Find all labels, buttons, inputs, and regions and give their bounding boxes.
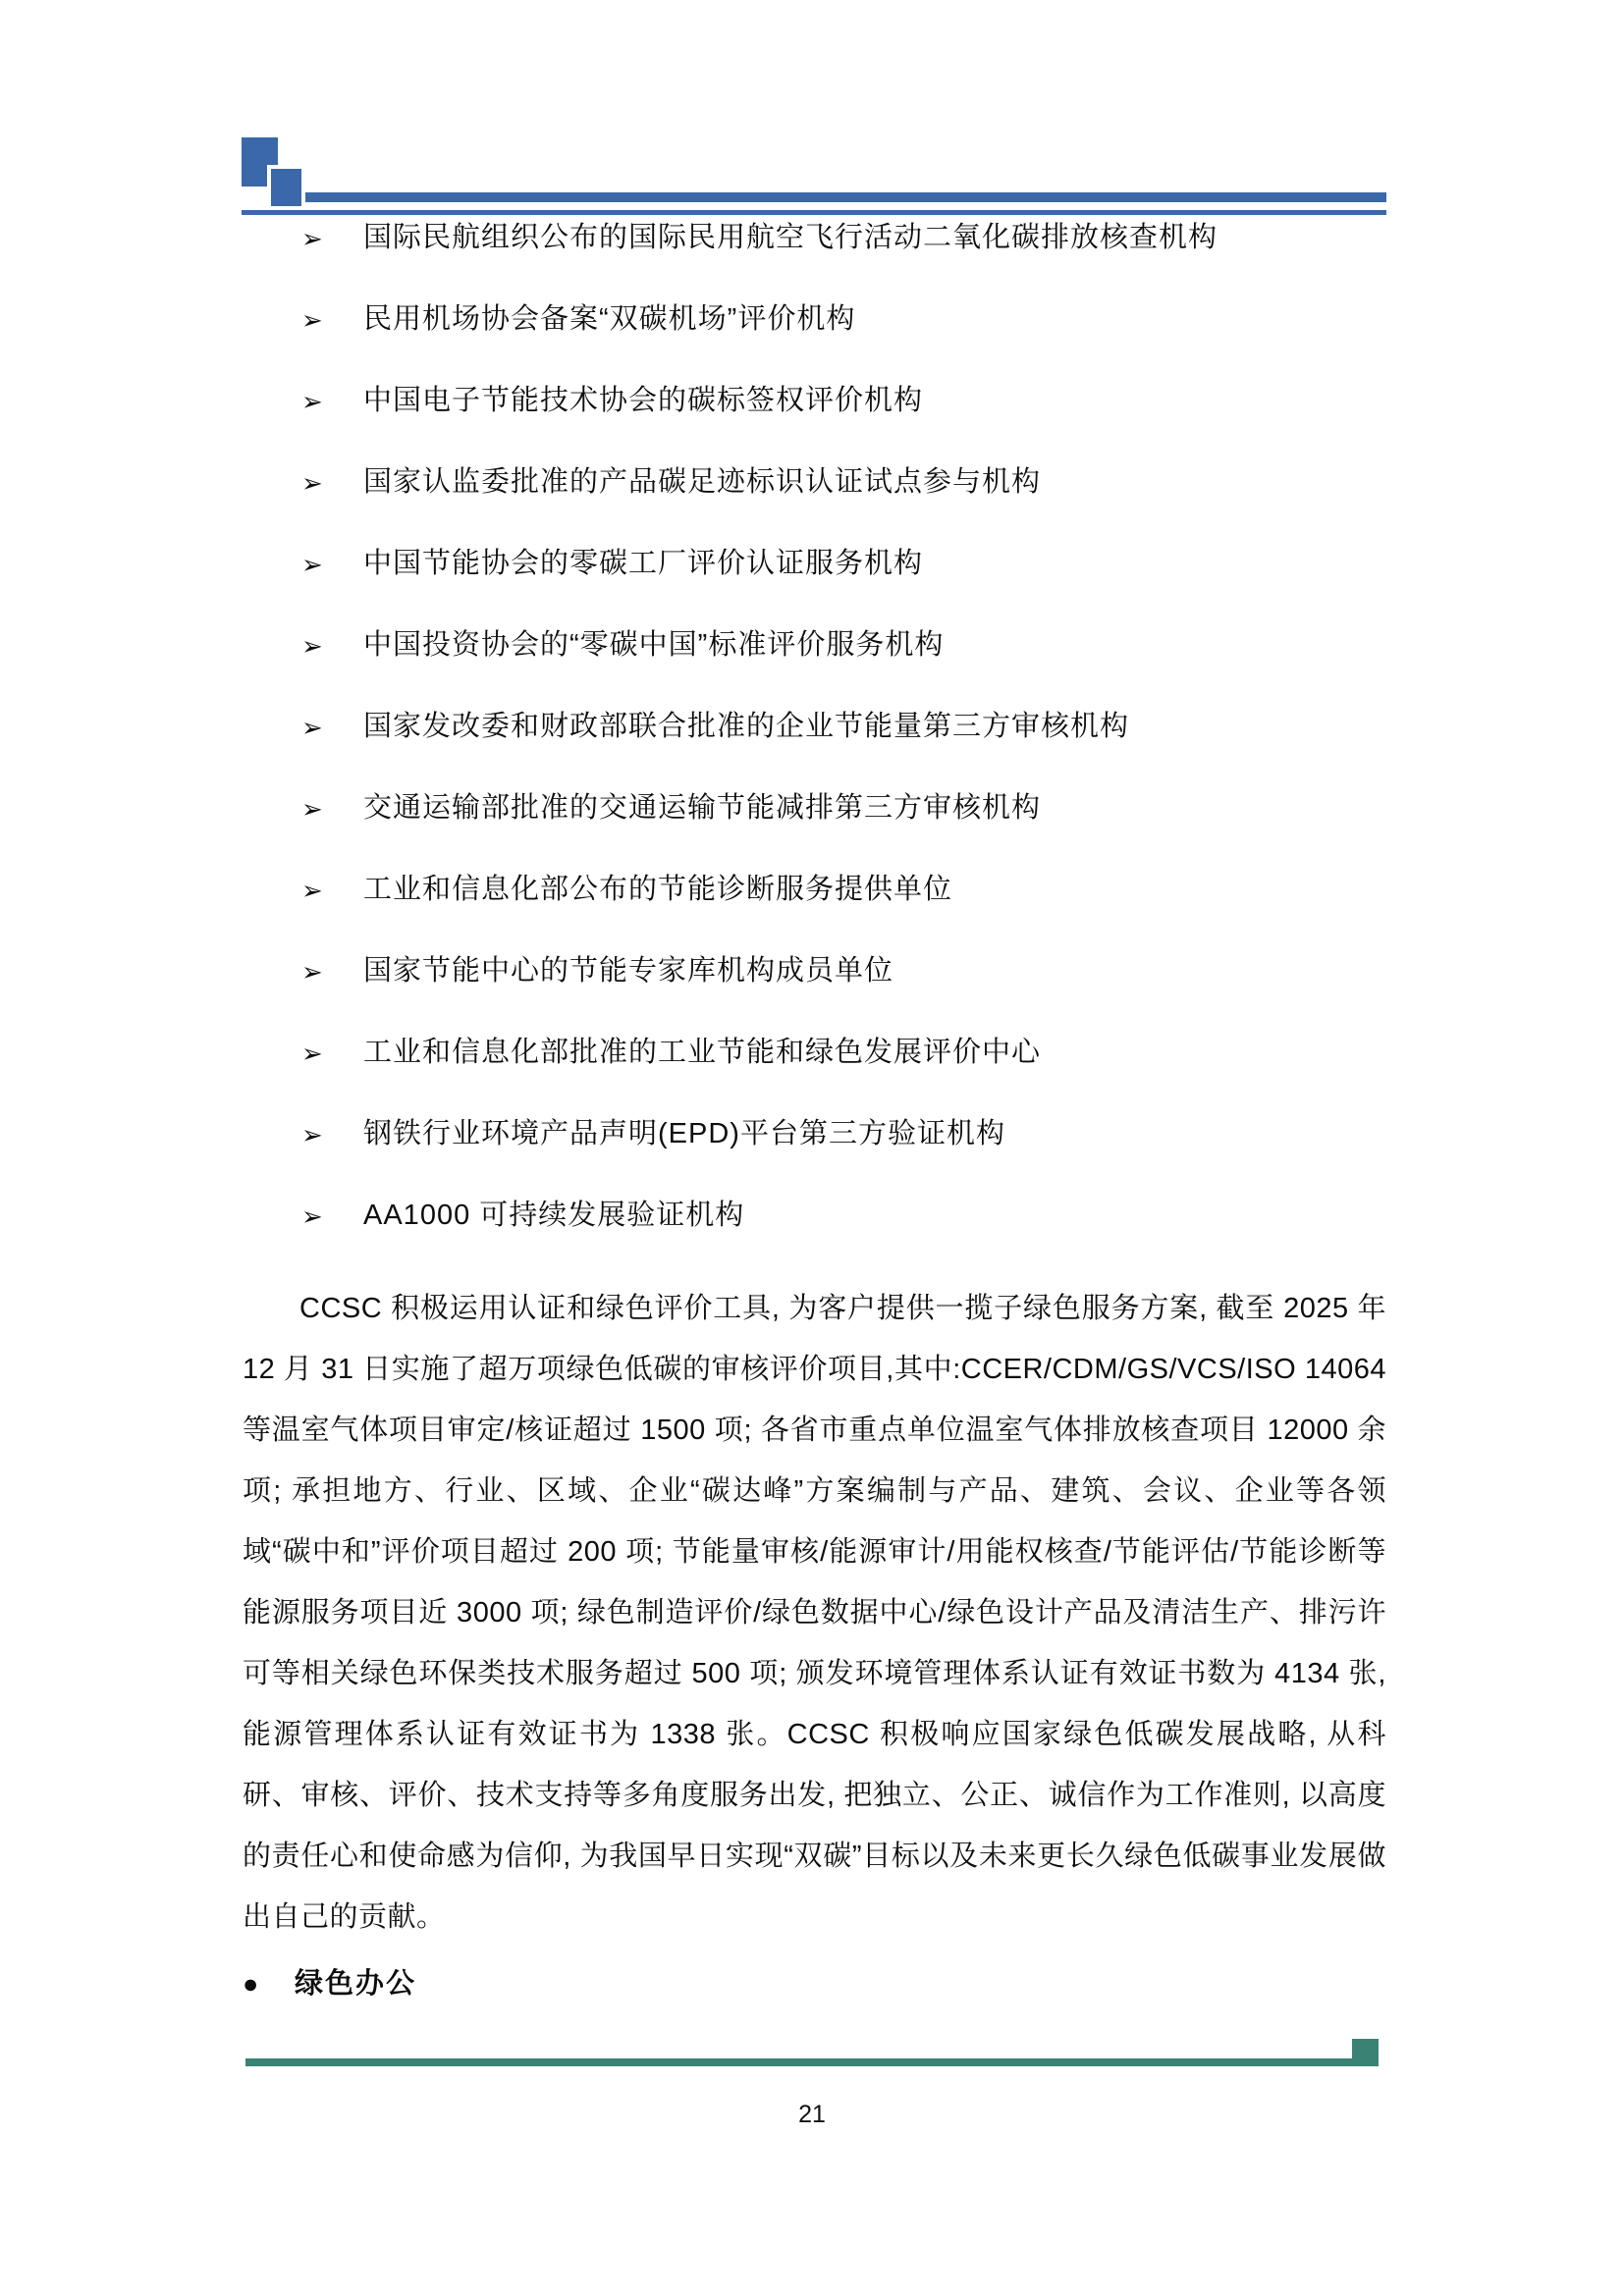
arrow-bullet-icon: ➢ <box>301 383 324 420</box>
list-item-text: 交通运输部批准的交通运输节能减排第三方审核机构 <box>363 792 1041 824</box>
header-rule-secondary <box>242 210 1386 215</box>
list-item-text: 国家发改委和财政部联合批准的企业节能量第三方审核机构 <box>363 711 1129 742</box>
header-rule-primary <box>283 192 1386 202</box>
list-item: ➢ 交通运输部批准的交通运输节能减排第三方审核机构 <box>243 789 1386 827</box>
list-item: ➢ AA1000 可持续发展验证机构 <box>243 1197 1386 1234</box>
list-item-text: 工业和信息化部公布的节能诊断服务提供单位 <box>363 874 952 905</box>
list-item-text: 国家节能中心的节能专家库机构成员单位 <box>363 955 893 987</box>
arrow-bullet-icon: ➢ <box>301 301 324 339</box>
list-item: ➢ 工业和信息化部批准的工业节能和绿色发展评价中心 <box>243 1034 1386 1071</box>
round-bullet-icon: ● <box>243 1963 260 2004</box>
section-bullet-heading: ● 绿色办公 <box>243 1963 1386 2004</box>
arrow-bullet-icon: ➢ <box>301 464 324 502</box>
list-item: ➢ 钢铁行业环境产品声明(EPD)平台第三方验证机构 <box>243 1115 1386 1152</box>
list-item: ➢ 国家节能中心的节能专家库机构成员单位 <box>243 952 1386 989</box>
list-item-text: 工业和信息化部批准的工业节能和绿色发展评价中心 <box>363 1037 1041 1068</box>
list-item-text: 国际民航组织公布的国际民用航空飞行活动二氧化碳排放核查机构 <box>363 222 1218 253</box>
header-square-small-icon <box>267 165 305 210</box>
footer-rule <box>245 2058 1379 2066</box>
arrow-bullet-icon: ➢ <box>301 872 324 909</box>
page-number: 21 <box>0 2101 1624 2129</box>
arrow-bullet-icon: ➢ <box>301 953 324 990</box>
list-item-text: 中国节能协会的零碳工厂评价认证服务机构 <box>363 548 923 579</box>
list-item: ➢ 中国节能协会的零碳工厂评价认证服务机构 <box>243 545 1386 582</box>
arrow-bullet-icon: ➢ <box>301 546 324 583</box>
arrow-bullet-icon: ➢ <box>301 790 324 828</box>
list-item: ➢ 中国投资协会的“零碳中国”标准评价服务机构 <box>243 626 1386 664</box>
list-item-text: 钢铁行业环境产品声明(EPD)平台第三方验证机构 <box>363 1118 1005 1149</box>
list-item: ➢ 国际民航组织公布的国际民用航空飞行活动二氧化碳排放核查机构 <box>243 219 1386 256</box>
document-page: ➢ 国际民航组织公布的国际民用航空飞行活动二氧化碳排放核查机构 ➢ 民用机场协会… <box>0 0 1624 2296</box>
body-paragraph: CCSC 积极运用认证和绿色评价工具, 为客户提供一揽子绿色服务方案, 截至 2… <box>243 1278 1386 1948</box>
certification-list: ➢ 国际民航组织公布的国际民用航空飞行活动二氧化碳排放核查机构 ➢ 民用机场协会… <box>243 201 1386 1234</box>
list-item-text: AA1000 可持续发展验证机构 <box>363 1200 744 1231</box>
list-item: ➢ 工业和信息化部公布的节能诊断服务提供单位 <box>243 871 1386 908</box>
arrow-bullet-icon: ➢ <box>301 1198 324 1235</box>
page-content: ➢ 国际民航组织公布的国际民用航空飞行活动二氧化碳排放核查机构 ➢ 民用机场协会… <box>243 201 1386 2004</box>
list-item-text: 国家认监委批准的产品碳足迹标识认证试点参与机构 <box>363 466 1041 498</box>
list-item-text: 中国投资协会的“零碳中国”标准评价服务机构 <box>363 629 944 661</box>
arrow-bullet-icon: ➢ <box>301 220 324 257</box>
arrow-bullet-icon: ➢ <box>301 1116 324 1153</box>
list-item-text: 民用机场协会备案“双碳机场”评价机构 <box>363 303 855 335</box>
footer-square-icon <box>1352 2039 1379 2066</box>
list-item: ➢ 国家发改委和财政部联合批准的企业节能量第三方审核机构 <box>243 708 1386 745</box>
list-item: ➢ 中国电子节能技术协会的碳标签权评价机构 <box>243 382 1386 419</box>
arrow-bullet-icon: ➢ <box>301 627 324 665</box>
arrow-bullet-icon: ➢ <box>301 709 324 746</box>
list-item: ➢ 民用机场协会备案“双碳机场”评价机构 <box>243 300 1386 338</box>
list-item-text: 中国电子节能技术协会的碳标签权评价机构 <box>363 385 923 416</box>
section-bullet-heading-label: 绿色办公 <box>295 1968 416 2000</box>
list-item: ➢ 国家认监委批准的产品碳足迹标识认证试点参与机构 <box>243 463 1386 501</box>
arrow-bullet-icon: ➢ <box>301 1035 324 1072</box>
